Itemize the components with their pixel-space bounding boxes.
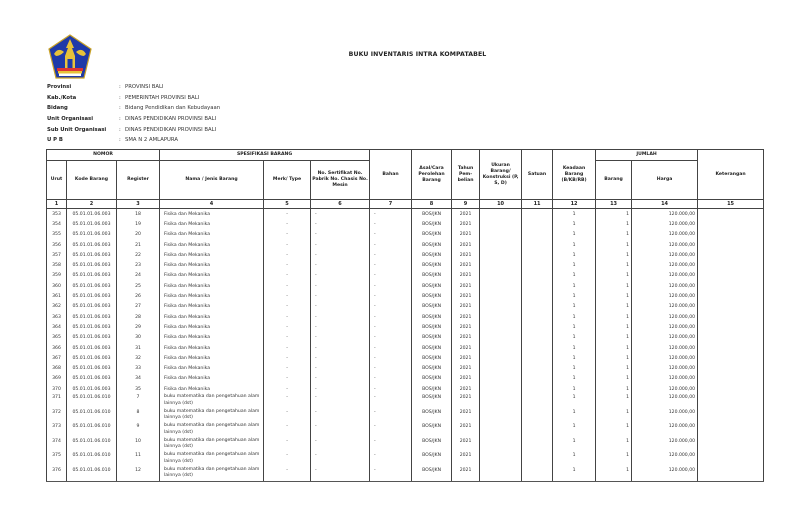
- cell-merk: -: [264, 353, 311, 363]
- meta-label: Kab./Kota: [47, 95, 119, 101]
- cell-asal: BOS/JKN: [412, 409, 452, 424]
- cell-merk: -: [264, 271, 311, 281]
- cell-satuan: [522, 291, 553, 301]
- cell-barang: 1: [596, 230, 632, 240]
- cell-ket: [698, 343, 764, 353]
- cell-bahan: -: [370, 209, 412, 220]
- cell-nama: Fisika dan Mekanika: [160, 353, 264, 363]
- cell-ket: [698, 240, 764, 250]
- cell-bahan: -: [370, 353, 412, 363]
- cell-kode: 05.01.01.06.003: [67, 302, 117, 312]
- column-number: 5: [264, 200, 311, 209]
- cell-merk: -: [264, 302, 311, 312]
- cell-ukuran: [480, 209, 522, 220]
- cell-nama: buku matematika dan pengetahuan alam lai…: [160, 394, 264, 409]
- cell-ket: [698, 271, 764, 281]
- cell-urut: 372: [47, 409, 67, 424]
- cell-nama: Fisika dan Mekanika: [160, 363, 264, 373]
- column-number: 10: [480, 200, 522, 209]
- cell-kode: 05.01.01.06.003: [67, 343, 117, 353]
- cell-ket: [698, 423, 764, 438]
- meta-label: Provinsi: [47, 84, 119, 90]
- meta-label: Bidang: [47, 105, 119, 111]
- cell-reg: 19: [117, 219, 160, 229]
- cell-reg: 35: [117, 384, 160, 394]
- cell-sert: -: [311, 343, 370, 353]
- cell-barang: 1: [596, 260, 632, 270]
- cell-ukuran: [480, 438, 522, 453]
- cell-merk: -: [264, 230, 311, 240]
- column-number: 12: [553, 200, 596, 209]
- header-satuan: Satuan: [522, 150, 553, 200]
- cell-merk: -: [264, 363, 311, 373]
- cell-kode: 05.01.01.06.003: [67, 333, 117, 343]
- cell-nama: Fisika dan Mekanika: [160, 230, 264, 240]
- cell-kode: 05.01.01.06.010: [67, 467, 117, 482]
- group-header-spesifikasi: SPESIFIKASI BARANG: [160, 150, 370, 161]
- cell-merk: -: [264, 423, 311, 438]
- cell-ukuran: [480, 281, 522, 291]
- cell-nama: Fisika dan Mekanika: [160, 240, 264, 250]
- inventory-table-body: 35305.01.01.06.00318Fisika dan Mekanika-…: [47, 209, 764, 482]
- cell-barang: 1: [596, 281, 632, 291]
- cell-keadaan: 1: [553, 374, 596, 384]
- cell-bahan: -: [370, 260, 412, 270]
- cell-ket: [698, 353, 764, 363]
- cell-urut: 367: [47, 353, 67, 363]
- cell-satuan: [522, 219, 553, 229]
- cell-ukuran: [480, 260, 522, 270]
- cell-bahan: -: [370, 409, 412, 424]
- table-row: 36605.01.01.06.00331Fisika dan Mekanika-…: [47, 343, 764, 353]
- cell-kode: 05.01.01.06.003: [67, 209, 117, 220]
- cell-kode: 05.01.01.06.003: [67, 312, 117, 322]
- cell-sert: -: [311, 333, 370, 343]
- cell-ukuran: [480, 240, 522, 250]
- cell-urut: 355: [47, 230, 67, 240]
- cell-bahan: -: [370, 250, 412, 260]
- cell-merk: -: [264, 333, 311, 343]
- cell-kode: 05.01.01.06.003: [67, 281, 117, 291]
- cell-nama: buku matematika dan pengetahuan alam lai…: [160, 438, 264, 453]
- cell-satuan: [522, 240, 553, 250]
- header-ukuran: Ukuran Barang/ Konstruksi (P, S, D): [480, 150, 522, 200]
- cell-merk: -: [264, 452, 311, 467]
- cell-sert: -: [311, 452, 370, 467]
- cell-harga: 120.000,00: [632, 467, 698, 482]
- cell-bahan: -: [370, 384, 412, 394]
- cell-reg: 21: [117, 240, 160, 250]
- cell-satuan: [522, 423, 553, 438]
- cell-tahun: 2021: [452, 467, 480, 482]
- cell-kode: 05.01.01.06.010: [67, 438, 117, 453]
- cell-sert: -: [311, 240, 370, 250]
- table-row: 37605.01.01.06.01012buku matematika dan …: [47, 467, 764, 482]
- cell-ukuran: [480, 343, 522, 353]
- cell-keadaan: 1: [553, 438, 596, 453]
- cell-tahun: 2021: [452, 260, 480, 270]
- cell-ket: [698, 312, 764, 322]
- cell-barang: 1: [596, 240, 632, 250]
- cell-reg: 29: [117, 322, 160, 332]
- cell-reg: 27: [117, 302, 160, 312]
- cell-tahun: 2021: [452, 343, 480, 353]
- table-row: 37305.01.01.06.0109buku matematika dan p…: [47, 423, 764, 438]
- cell-bahan: -: [370, 230, 412, 240]
- cell-urut: 373: [47, 423, 67, 438]
- cell-nama: Fisika dan Mekanika: [160, 333, 264, 343]
- cell-merk: -: [264, 260, 311, 270]
- cell-keadaan: 1: [553, 312, 596, 322]
- cell-barang: 1: [596, 333, 632, 343]
- cell-kode: 05.01.01.06.003: [67, 384, 117, 394]
- cell-ket: [698, 230, 764, 240]
- group-header-nomor: NOMOR: [47, 150, 160, 161]
- header-keadaan: Keadaan Barang (B/KB/RB): [553, 150, 596, 200]
- cell-barang: 1: [596, 467, 632, 482]
- cell-keadaan: 1: [553, 343, 596, 353]
- cell-merk: -: [264, 312, 311, 322]
- cell-harga: 120.000,00: [632, 343, 698, 353]
- column-number: 8: [412, 200, 452, 209]
- cell-satuan: [522, 230, 553, 240]
- cell-urut: 353: [47, 209, 67, 220]
- cell-merk: -: [264, 291, 311, 301]
- cell-reg: 24: [117, 271, 160, 281]
- cell-tahun: 2021: [452, 291, 480, 301]
- cell-keadaan: 1: [553, 302, 596, 312]
- cell-merk: -: [264, 438, 311, 453]
- cell-barang: 1: [596, 312, 632, 322]
- cell-kode: 05.01.01.06.003: [67, 250, 117, 260]
- cell-sert: -: [311, 353, 370, 363]
- cell-sert: -: [311, 423, 370, 438]
- cell-keadaan: 1: [553, 394, 596, 409]
- cell-ukuran: [480, 291, 522, 301]
- cell-harga: 120.000,00: [632, 363, 698, 373]
- cell-tahun: 2021: [452, 281, 480, 291]
- cell-sert: -: [311, 209, 370, 220]
- cell-barang: 1: [596, 384, 632, 394]
- cell-reg: 23: [117, 260, 160, 270]
- cell-merk: -: [264, 322, 311, 332]
- cell-ket: [698, 333, 764, 343]
- cell-urut: 369: [47, 374, 67, 384]
- cell-nama: Fisika dan Mekanika: [160, 291, 264, 301]
- cell-urut: 364: [47, 322, 67, 332]
- cell-barang: 1: [596, 302, 632, 312]
- cell-sert: -: [311, 467, 370, 482]
- cell-urut: 361: [47, 291, 67, 301]
- cell-harga: 120.000,00: [632, 312, 698, 322]
- cell-merk: -: [264, 374, 311, 384]
- cell-sert: -: [311, 271, 370, 281]
- cell-satuan: [522, 302, 553, 312]
- header-merk: Merk/ Type: [264, 161, 311, 200]
- cell-reg: 25: [117, 281, 160, 291]
- cell-sert: -: [311, 250, 370, 260]
- cell-reg: 33: [117, 363, 160, 373]
- cell-satuan: [522, 281, 553, 291]
- cell-bahan: -: [370, 312, 412, 322]
- cell-satuan: [522, 467, 553, 482]
- cell-harga: 120.000,00: [632, 219, 698, 229]
- cell-asal: BOS/JKN: [412, 384, 452, 394]
- cell-asal: BOS/JKN: [412, 363, 452, 373]
- cell-keadaan: 1: [553, 333, 596, 343]
- meta-label: Unit Organisasi: [47, 116, 119, 122]
- cell-reg: 32: [117, 353, 160, 363]
- cell-urut: 362: [47, 302, 67, 312]
- table-row: 37205.01.01.06.0108buku matematika dan p…: [47, 409, 764, 424]
- cell-barang: 1: [596, 291, 632, 301]
- cell-kode: 05.01.01.06.003: [67, 363, 117, 373]
- cell-nama: Fisika dan Mekanika: [160, 322, 264, 332]
- table-row: 37405.01.01.06.01010buku matematika dan …: [47, 438, 764, 453]
- cell-ukuran: [480, 333, 522, 343]
- table-row: 36405.01.01.06.00329Fisika dan Mekanika-…: [47, 322, 764, 332]
- cell-asal: BOS/JKN: [412, 302, 452, 312]
- cell-urut: 374: [47, 438, 67, 453]
- column-number-row: 123456789101112131415: [47, 200, 764, 209]
- cell-kode: 05.01.01.06.010: [67, 452, 117, 467]
- cell-nama: Fisika dan Mekanika: [160, 281, 264, 291]
- table-row: 37505.01.01.06.01011buku matematika dan …: [47, 452, 764, 467]
- cell-nama: buku matematika dan pengetahuan alam lai…: [160, 452, 264, 467]
- cell-nama: buku matematika dan pengetahuan alam lai…: [160, 467, 264, 482]
- cell-nama: Fisika dan Mekanika: [160, 209, 264, 220]
- cell-ket: [698, 374, 764, 384]
- cell-kode: 05.01.01.06.003: [67, 291, 117, 301]
- cell-urut: 371: [47, 394, 67, 409]
- cell-tahun: 2021: [452, 353, 480, 363]
- cell-keadaan: 1: [553, 209, 596, 220]
- cell-reg: 34: [117, 374, 160, 384]
- cell-satuan: [522, 343, 553, 353]
- cell-kode: 05.01.01.06.003: [67, 271, 117, 281]
- meta-row: Sub Unit Organisasi:DINAS PENDIDIKAN PRO…: [47, 124, 220, 135]
- cell-tahun: 2021: [452, 271, 480, 281]
- cell-reg: 30: [117, 333, 160, 343]
- cell-satuan: [522, 374, 553, 384]
- cell-urut: 376: [47, 467, 67, 482]
- column-number: 3: [117, 200, 160, 209]
- cell-ukuran: [480, 353, 522, 363]
- cell-asal: BOS/JKN: [412, 271, 452, 281]
- cell-merk: -: [264, 343, 311, 353]
- cell-asal: BOS/JKN: [412, 240, 452, 250]
- cell-ket: [698, 363, 764, 373]
- cell-satuan: [522, 384, 553, 394]
- cell-reg: 20: [117, 230, 160, 240]
- header-jumlah-barang: Barang: [596, 161, 632, 200]
- cell-urut: 358: [47, 260, 67, 270]
- cell-keadaan: 1: [553, 291, 596, 301]
- table-row: 35405.01.01.06.00319Fisika dan Mekanika-…: [47, 219, 764, 229]
- table-row: 37105.01.01.06.0107buku matematika dan p…: [47, 394, 764, 409]
- column-number: 11: [522, 200, 553, 209]
- table-row: 36105.01.01.06.00326Fisika dan Mekanika-…: [47, 291, 764, 301]
- cell-satuan: [522, 260, 553, 270]
- cell-sert: -: [311, 281, 370, 291]
- cell-sert: -: [311, 363, 370, 373]
- document-meta: Provinsi:PROVINSI BALIKab./Kota:PEMERINT…: [47, 82, 220, 146]
- cell-asal: BOS/JKN: [412, 322, 452, 332]
- cell-nama: buku matematika dan pengetahuan alam lai…: [160, 423, 264, 438]
- cell-ket: [698, 467, 764, 482]
- cell-satuan: [522, 322, 553, 332]
- cell-ket: [698, 260, 764, 270]
- cell-satuan: [522, 363, 553, 373]
- cell-harga: 120.000,00: [632, 260, 698, 270]
- cell-barang: 1: [596, 363, 632, 373]
- cell-nama: Fisika dan Mekanika: [160, 260, 264, 270]
- cell-asal: BOS/JKN: [412, 343, 452, 353]
- cell-tahun: 2021: [452, 250, 480, 260]
- header-keterangan: Keterangan: [698, 150, 764, 200]
- header-urut: Urut: [47, 161, 67, 200]
- cell-harga: 120.000,00: [632, 271, 698, 281]
- cell-satuan: [522, 353, 553, 363]
- cell-ukuran: [480, 322, 522, 332]
- cell-asal: BOS/JKN: [412, 291, 452, 301]
- table-row: 35705.01.01.06.00322Fisika dan Mekanika-…: [47, 250, 764, 260]
- cell-sert: -: [311, 374, 370, 384]
- cell-kode: 05.01.01.06.003: [67, 260, 117, 270]
- meta-row: Kab./Kota:PEMERINTAH PROVINSI BALI: [47, 93, 220, 104]
- cell-barang: 1: [596, 423, 632, 438]
- cell-asal: BOS/JKN: [412, 353, 452, 363]
- cell-sert: -: [311, 291, 370, 301]
- cell-keadaan: 1: [553, 219, 596, 229]
- table-row: 36505.01.01.06.00330Fisika dan Mekanika-…: [47, 333, 764, 343]
- cell-reg: 18: [117, 209, 160, 220]
- cell-bahan: -: [370, 333, 412, 343]
- cell-ukuran: [480, 384, 522, 394]
- cell-sert: -: [311, 394, 370, 409]
- cell-bahan: -: [370, 423, 412, 438]
- cell-reg: 10: [117, 438, 160, 453]
- cell-merk: -: [264, 384, 311, 394]
- cell-satuan: [522, 438, 553, 453]
- cell-kode: 05.01.01.06.003: [67, 353, 117, 363]
- table-row: 35605.01.01.06.00321Fisika dan Mekanika-…: [47, 240, 764, 250]
- table-row: 35305.01.01.06.00318Fisika dan Mekanika-…: [47, 209, 764, 220]
- header-kode-barang: Kode Barang: [67, 161, 117, 200]
- cell-asal: BOS/JKN: [412, 394, 452, 409]
- cell-ukuran: [480, 312, 522, 322]
- column-number: 13: [596, 200, 632, 209]
- cell-asal: BOS/JKN: [412, 438, 452, 453]
- cell-bahan: -: [370, 291, 412, 301]
- column-number: 1: [47, 200, 67, 209]
- cell-keadaan: 1: [553, 260, 596, 270]
- table-row: 36905.01.01.06.00334Fisika dan Mekanika-…: [47, 374, 764, 384]
- cell-tahun: 2021: [452, 302, 480, 312]
- cell-harga: 120.000,00: [632, 230, 698, 240]
- cell-harga: 120.000,00: [632, 409, 698, 424]
- cell-sert: -: [311, 302, 370, 312]
- column-number: 9: [452, 200, 480, 209]
- cell-merk: -: [264, 394, 311, 409]
- cell-reg: 31: [117, 343, 160, 353]
- header-tahun: Tahun Pem- belian: [452, 150, 480, 200]
- cell-reg: 8: [117, 409, 160, 424]
- document-title: BUKU INVENTARIS INTRA KOMPATABEL: [0, 51, 800, 58]
- cell-nama: Fisika dan Mekanika: [160, 384, 264, 394]
- cell-keadaan: 1: [553, 240, 596, 250]
- cell-ukuran: [480, 219, 522, 229]
- header-register: Register: [117, 161, 160, 200]
- table-row: 36805.01.01.06.00333Fisika dan Mekanika-…: [47, 363, 764, 373]
- cell-ukuran: [480, 374, 522, 384]
- cell-ket: [698, 384, 764, 394]
- column-number: 2: [67, 200, 117, 209]
- cell-sert: -: [311, 312, 370, 322]
- cell-ukuran: [480, 423, 522, 438]
- cell-kode: 05.01.01.06.003: [67, 240, 117, 250]
- cell-barang: 1: [596, 209, 632, 220]
- cell-asal: BOS/JKN: [412, 281, 452, 291]
- cell-bahan: -: [370, 438, 412, 453]
- cell-bahan: -: [370, 467, 412, 482]
- cell-reg: 12: [117, 467, 160, 482]
- cell-tahun: 2021: [452, 394, 480, 409]
- cell-ukuran: [480, 302, 522, 312]
- cell-harga: 120.000,00: [632, 394, 698, 409]
- cell-barang: 1: [596, 219, 632, 229]
- cell-asal: BOS/JKN: [412, 250, 452, 260]
- meta-row: Bidang:Bidang Pendidikan dan Kebudayaan: [47, 103, 220, 114]
- header-asal: Asal/Cara Perolehan Barang: [412, 150, 452, 200]
- meta-value: PROVINSI BALI: [125, 84, 163, 90]
- cell-asal: BOS/JKN: [412, 230, 452, 240]
- table-row: 36205.01.01.06.00327Fisika dan Mekanika-…: [47, 302, 764, 312]
- cell-bahan: -: [370, 322, 412, 332]
- group-header-jumlah: JUMLAH: [596, 150, 698, 161]
- cell-barang: 1: [596, 271, 632, 281]
- cell-merk: -: [264, 467, 311, 482]
- cell-reg: 28: [117, 312, 160, 322]
- cell-tahun: 2021: [452, 312, 480, 322]
- cell-sert: -: [311, 409, 370, 424]
- cell-keadaan: 1: [553, 353, 596, 363]
- table-row: 35905.01.01.06.00324Fisika dan Mekanika-…: [47, 271, 764, 281]
- cell-ket: [698, 281, 764, 291]
- column-number: 6: [311, 200, 370, 209]
- cell-urut: 357: [47, 250, 67, 260]
- cell-kode: 05.01.01.06.010: [67, 409, 117, 424]
- cell-nama: Fisika dan Mekanika: [160, 219, 264, 229]
- cell-asal: BOS/JKN: [412, 219, 452, 229]
- cell-barang: 1: [596, 250, 632, 260]
- cell-tahun: 2021: [452, 452, 480, 467]
- header-harga: Harga: [632, 161, 698, 200]
- cell-nama: Fisika dan Mekanika: [160, 271, 264, 281]
- cell-barang: 1: [596, 343, 632, 353]
- cell-asal: BOS/JKN: [412, 423, 452, 438]
- cell-bahan: -: [370, 374, 412, 384]
- cell-kode: 05.01.01.06.003: [67, 374, 117, 384]
- cell-nama: Fisika dan Mekanika: [160, 343, 264, 353]
- inventory-table: NOMOR SPESIFIKASI BARANG Bahan Asal/Cara…: [46, 149, 764, 482]
- cell-kode: 05.01.01.06.010: [67, 394, 117, 409]
- cell-urut: 359: [47, 271, 67, 281]
- cell-harga: 120.000,00: [632, 281, 698, 291]
- cell-satuan: [522, 312, 553, 322]
- cell-sert: -: [311, 438, 370, 453]
- cell-merk: -: [264, 250, 311, 260]
